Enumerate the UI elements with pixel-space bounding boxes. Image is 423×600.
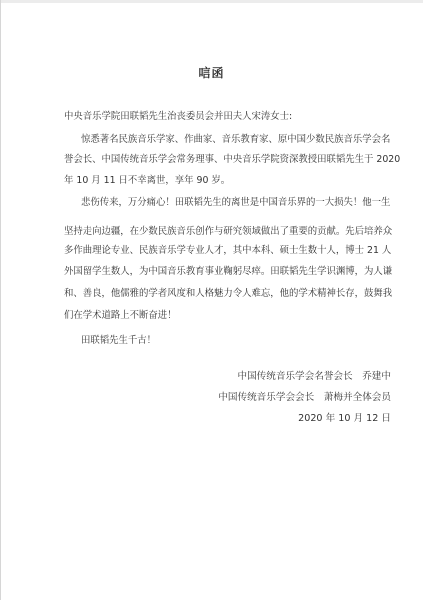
paragraph-1-line-3: 年 10 月 11 日不幸离世，享年 90 岁。 bbox=[64, 175, 230, 187]
paragraph-2-line-5: 和、善良，他儒雅的学者风度和人格魅力令人难忘，他的学术精神长存，鼓舞我 bbox=[64, 288, 392, 300]
signature-president: 中国传统音乐学会会长 萧梅并全体会员 bbox=[218, 392, 391, 404]
paragraph-2-line-3: 多作曲理论专业、民族音乐学专业人才，其中本科、硕士生数十人，博士 21 人 bbox=[64, 245, 391, 257]
document-date: 2020 年 10 月 12 日 bbox=[298, 413, 391, 425]
paragraph-1-line-2: 誉会长、中国传统音乐学会常务理事、中央音乐学院资深教授田联韬先生于 2020 bbox=[64, 154, 400, 166]
document-title: 唁函 bbox=[0, 64, 423, 81]
paragraph-2-line-2: 坚持走向边疆，在少数民族音乐创作与研究领域做出了重要的贡献。先后培养众 bbox=[64, 226, 392, 238]
paragraph-3-line-1: 田联韬先生千古！ bbox=[81, 335, 156, 347]
signature-honorary-president: 中国传统音乐学会名誉会长 乔建中 bbox=[238, 371, 392, 383]
paragraph-2-line-4: 外国留学生数人，为中国音乐教育事业鞠躬尽瘁。田联韬先生学识渊博，为人谦 bbox=[64, 266, 392, 278]
paragraph-2-line-1: 悲伤传来，万分痛心！田联韬先生的离世是中国音乐界的一大损失！他一生 bbox=[81, 197, 390, 209]
paragraph-1-line-1: 惊悉著名民族音乐学家、作曲家、音乐教育家、原中国少数民族音乐学会名 bbox=[81, 134, 390, 146]
document-page: 唁函 中央音乐学院田联韬先生治丧委员会并田夫人宋涛女士: 惊悉著名民族音乐学家、… bbox=[0, 0, 423, 600]
salutation: 中央音乐学院田联韬先生治丧委员会并田夫人宋涛女士: bbox=[64, 111, 292, 123]
paragraph-2-line-6: 们在学术道路上不断奋进！ bbox=[64, 310, 177, 322]
